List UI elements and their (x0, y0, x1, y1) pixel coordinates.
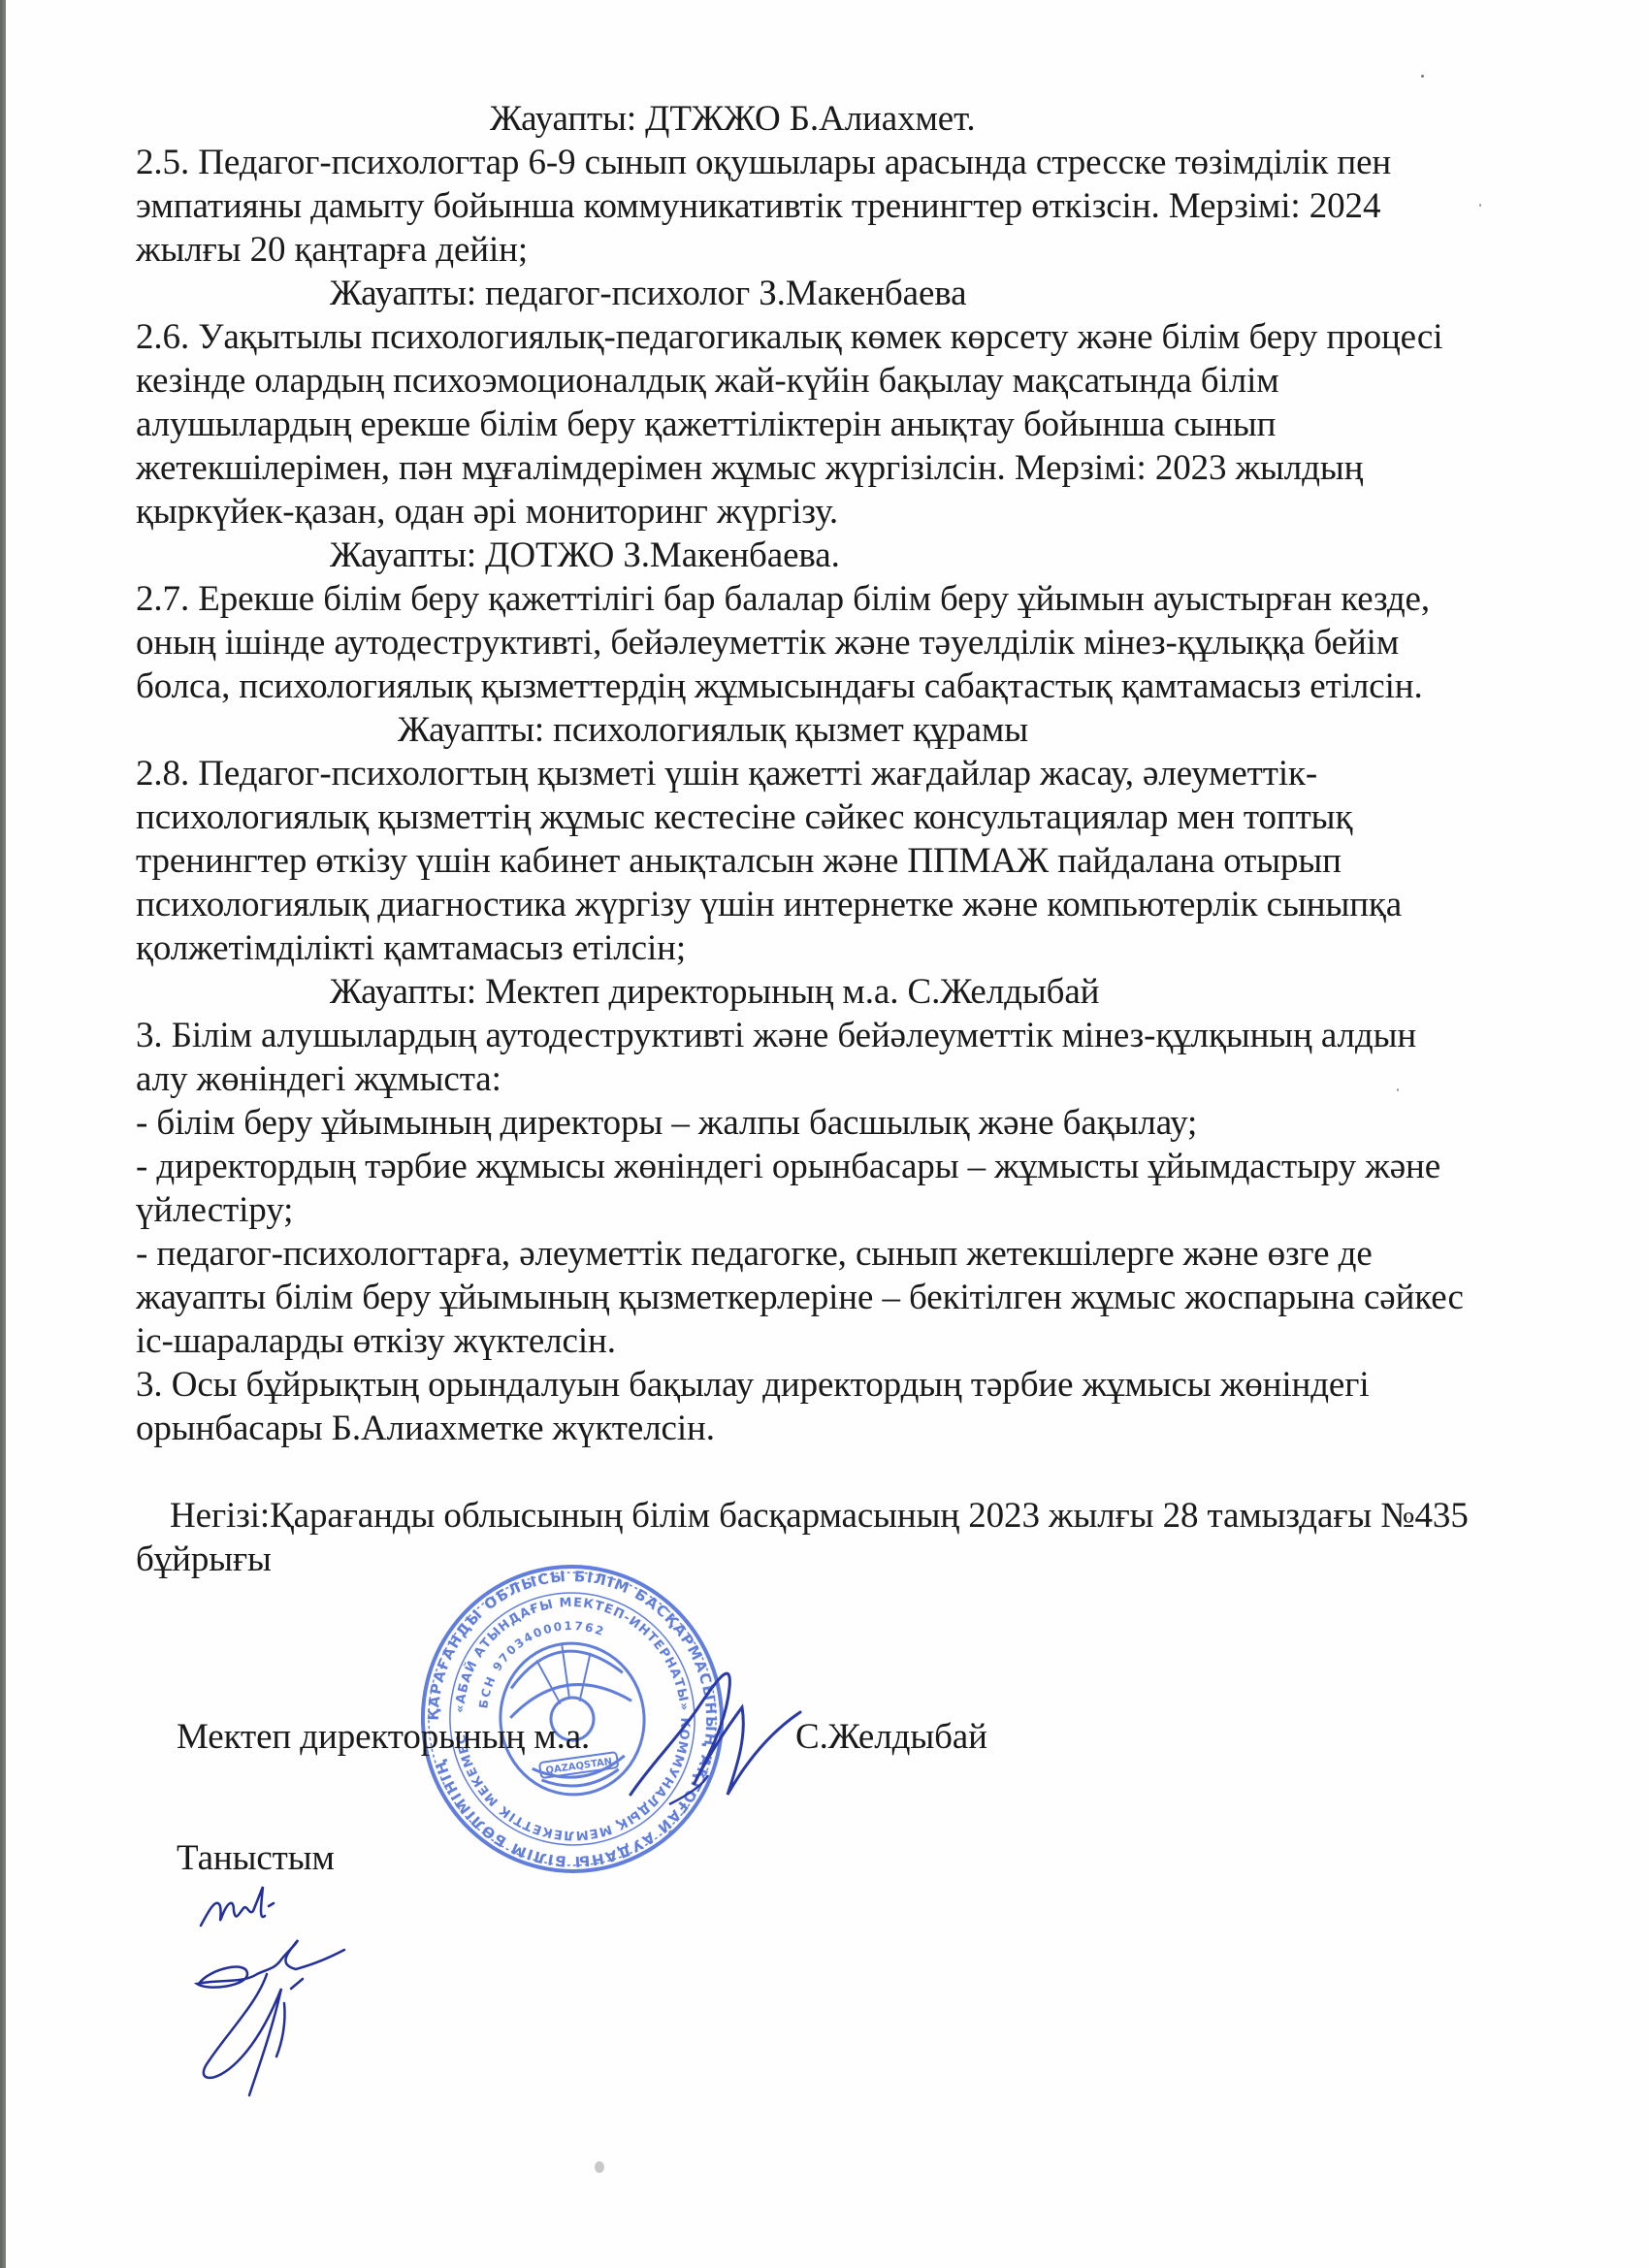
document-line: тренингтер өткізу үшін кабинет анықталсы… (136, 839, 1342, 883)
document-line: 2.7. Ерекше білім беру қажеттілігі бар б… (136, 577, 1430, 621)
document-line: 2.6. Уақытылы психологиялық-педагогикалы… (136, 315, 1442, 359)
director-signature-icon (611, 1649, 805, 1814)
svg-text:БСН 970340001762: БСН 970340001762 (467, 1613, 617, 1711)
acknowledged-label: Таныстым (177, 1836, 335, 1880)
document-page: Жауапты: ДТЖЖО Б.Алиахмет.2.5. Педагог-п… (0, 0, 1649, 2268)
document-line: қолжетімділікті қамтамасыз етілсін; (136, 926, 686, 970)
document-line: 3. Осы бұйрықтың орындалуын бақылау дире… (136, 1363, 1370, 1407)
document-line: 2.8. Педагог-психологтың қызметі үшін қа… (136, 752, 1317, 795)
document-line: - білім беру ұйымының директоры – жалпы … (136, 1101, 1197, 1145)
document-line: эмпатияны дамыту бойынша коммуникативтік… (136, 184, 1380, 228)
document-line: қыркүйек-қазан, одан әрі мониторинг жүрг… (136, 490, 838, 534)
document-line: - педагог-психологтарға, әлеуметтік педа… (136, 1232, 1373, 1276)
acknowledgement-signatures-icon (189, 1877, 383, 2105)
document-line: жылғы 20 қаңтарға дейін; (136, 228, 528, 272)
document-line: Жауапты: педагог-психолог З.Макенбаева (330, 272, 967, 315)
document-line: кезінде олардың психоэмоционалдық жай-кү… (136, 359, 1279, 403)
document-line: психологиялық диагностика жүргізу үшін и… (136, 883, 1402, 926)
document-line: психологиялық қызметтің жұмыс кестесіне … (136, 795, 1352, 839)
document-line: Жауапты: психологиялық қызмет құрамы (398, 708, 1028, 752)
basis-line-1: Негізі:Қарағанды облысының білім басқарм… (170, 1494, 1469, 1538)
document-line: алушылардың ерекше білім беру қажеттілік… (136, 403, 1276, 446)
signatory-name: С.Желдыбай (795, 1715, 987, 1759)
document-line: 2.5. Педагог-психологтар 6-9 сынып оқушы… (136, 141, 1391, 184)
document-line: 3. Білім алушылардың аутодеструктивті жә… (136, 1014, 1416, 1057)
document-line: оның ішінде аутодеструктивті, бейәлеумет… (136, 621, 1399, 664)
document-line: - директордың тәрбие жұмысы жөніндегі ор… (136, 1145, 1440, 1188)
document-line: жауапты білім беру ұйымының қызметкерлер… (136, 1276, 1464, 1319)
document-line: үйлестіру; (136, 1188, 293, 1232)
document-line: іс-шараларды өткізу жүктелсін. (136, 1319, 616, 1363)
basis-line-2: бұйрығы (136, 1538, 272, 1581)
signature-position-label: Мектеп директорының м.а. (177, 1715, 590, 1759)
document-line: Жауапты: Мектеп директорының м.а. С.Желд… (330, 970, 1099, 1014)
document-line: жетекшілерімен, пән мұғалімдерімен жұмыс… (136, 446, 1363, 490)
document-line: алу жөніндегі жұмыста: (136, 1057, 501, 1101)
document-line: Жауапты: ДТЖЖО Б.Алиахмет. (490, 97, 976, 141)
document-line: болса, психологиялық қызметтердің жұмысы… (136, 664, 1423, 708)
document-line: Жауапты: ДОТЖО З.Макенбаева. (330, 534, 840, 577)
document-line: орынбасары Б.Алиахметке жүктелсін. (136, 1407, 715, 1450)
